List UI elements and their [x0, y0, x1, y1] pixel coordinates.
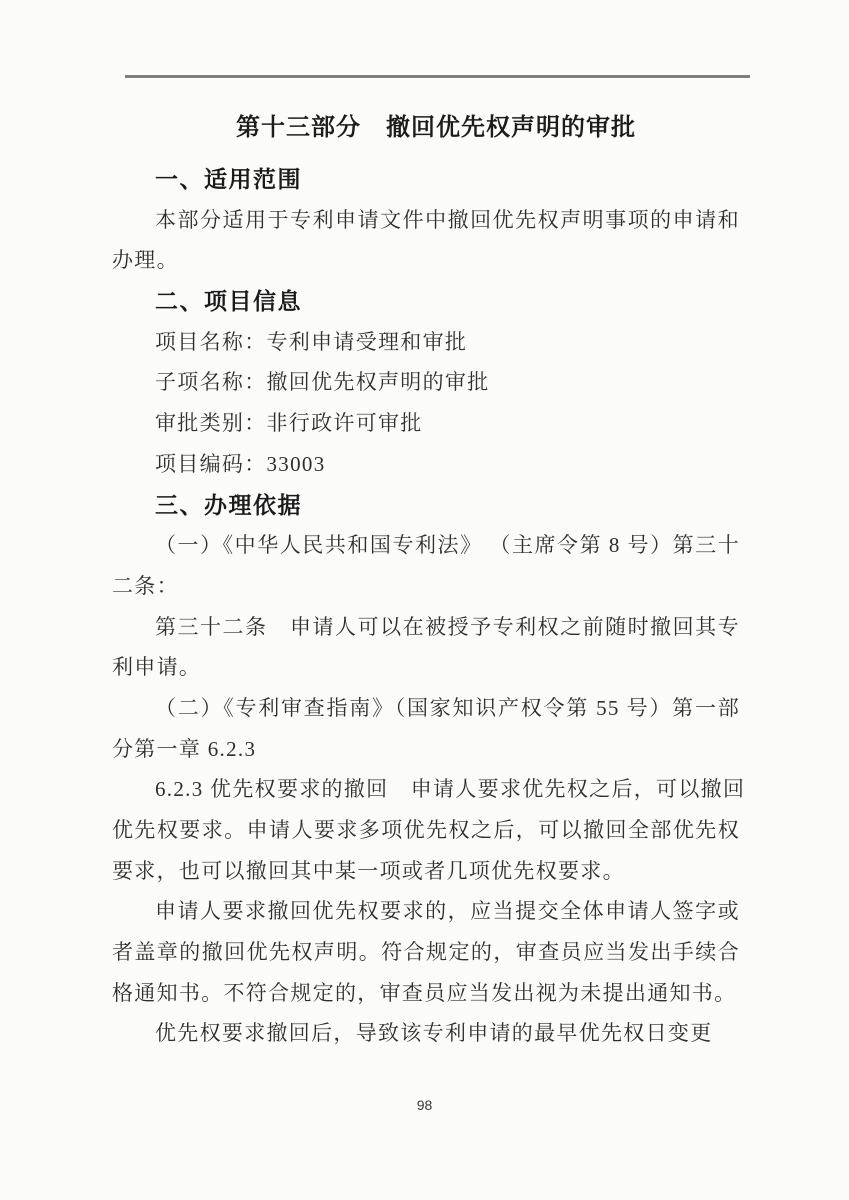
paragraph-line: 申请人要求撤回优先权要求的，应当提交全体申请人签字或	[112, 891, 740, 932]
paragraph-line: 本部分适用于专利申请文件中撤回优先权声明事项的申请和	[112, 200, 740, 241]
project-code-line: 项目编码：33003	[112, 444, 740, 485]
section-heading-scope: 一、适用范围	[112, 159, 740, 200]
paragraph-line: 者盖章的撤回优先权声明。符合规定的，审查员应当发出手续合	[112, 932, 740, 973]
page-number: 98	[0, 1096, 849, 1114]
header-divider-rule	[125, 75, 750, 78]
paragraph-line: （二）《专利审查指南》（国家知识产权令第 55 号）第一部	[112, 688, 740, 729]
paragraph-line: 优先权要求撤回后，导致该专利申请的最早优先权日变更	[112, 1013, 740, 1054]
paragraph-line: 优先权要求。申请人要求多项优先权之后，可以撤回全部优先权	[112, 810, 740, 851]
paragraph-line: 第三十二条 申请人可以在被授予专利权之前随时撤回其专	[112, 607, 740, 648]
paragraph-line: 格通知书。不符合规定的，审查员应当发出视为未提出通知书。	[112, 973, 740, 1014]
section-heading-project-info: 二、项目信息	[112, 281, 740, 322]
paragraph-line: 分第一章 6.2.3	[112, 729, 740, 770]
paragraph-line: 办理。	[112, 240, 740, 281]
paragraph-line: 利申请。	[112, 647, 740, 688]
paragraph-line: 6.2.3 优先权要求的撤回 申请人要求优先权之后，可以撤回	[112, 769, 740, 810]
project-name-line: 项目名称：专利申请受理和审批	[112, 322, 740, 363]
approval-category-line: 审批类别：非行政许可审批	[112, 403, 740, 444]
paragraph-line: （一）《中华人民共和国专利法》 （主席令第 8 号）第三十	[112, 525, 740, 566]
paragraph-line: 要求，也可以撤回其中某一项或者几项优先权要求。	[112, 851, 740, 892]
paragraph-line: 二条：	[112, 566, 740, 607]
section-heading-legal-basis: 三、办理依据	[112, 485, 740, 526]
document-page: 第十三部分 撤回优先权声明的审批 一、适用范围 本部分适用于专利申请文件中撤回优…	[0, 0, 849, 1200]
document-body: 一、适用范围 本部分适用于专利申请文件中撤回优先权声明事项的申请和 办理。 二、…	[112, 159, 740, 1054]
subitem-name-line: 子项名称：撤回优先权声明的审批	[112, 362, 740, 403]
page-title: 第十三部分 撤回优先权声明的审批	[112, 106, 760, 150]
